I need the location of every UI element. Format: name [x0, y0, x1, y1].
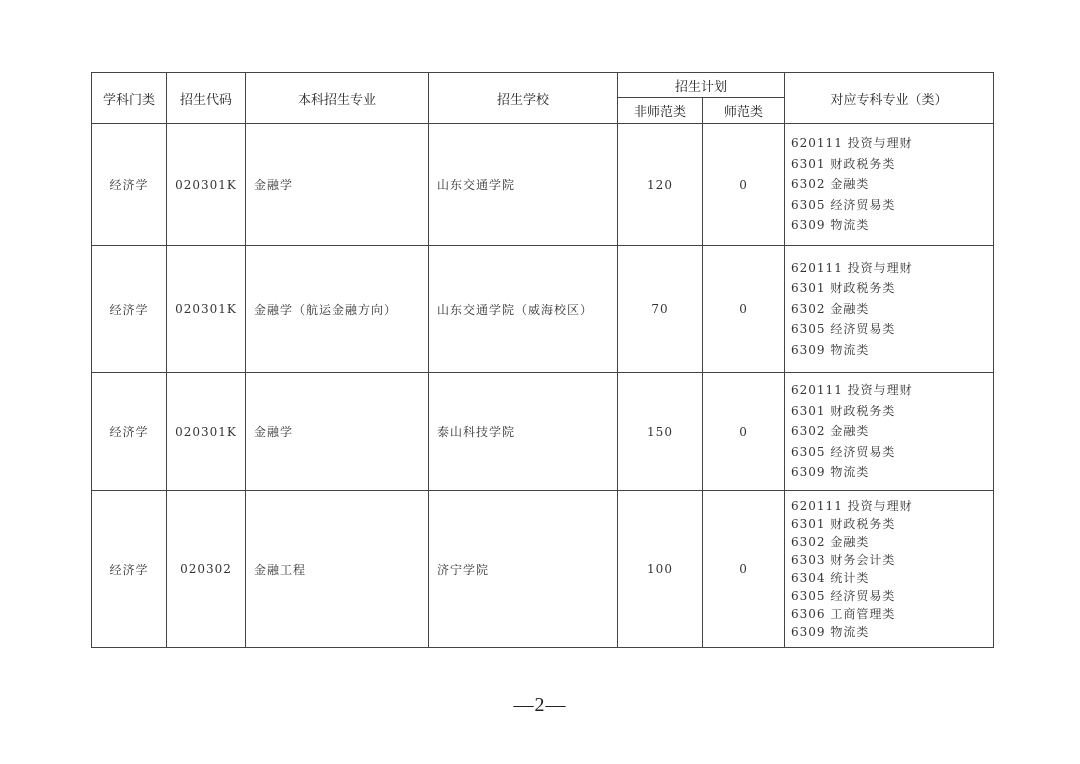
cell-code: 020302 [167, 491, 246, 648]
header-plan-teacher: 师范类 [703, 98, 785, 124]
cell-teacher: 0 [703, 373, 785, 491]
vocational-item: 6309 物流类 [791, 340, 993, 361]
cell-vocational: 620111 投资与理财 6301 财政税务类 6302 金融类 6305 经济… [785, 246, 994, 373]
cell-major: 金融学（航运金融方向） [246, 246, 429, 373]
cell-vocational: 620111 投资与理财 6301 财政税务类 6302 金融类 6305 经济… [785, 124, 994, 246]
cell-non-teacher: 100 [618, 491, 703, 648]
vocational-item: 6301 财政税务类 [791, 515, 993, 533]
header-row: 学科门类 招生代码 本科招生专业 招生学校 招生计划 对应专科专业（类） [92, 73, 994, 98]
table-row: 经济学 020301K 金融学（航运金融方向） 山东交通学院（威海校区） 70 … [92, 246, 994, 373]
cell-non-teacher: 120 [618, 124, 703, 246]
vocational-item: 6304 统计类 [791, 569, 993, 587]
enrollment-table: 学科门类 招生代码 本科招生专业 招生学校 招生计划 对应专科专业（类） 非师范… [91, 72, 994, 648]
cell-school: 泰山科技学院 [429, 373, 618, 491]
cell-school: 济宁学院 [429, 491, 618, 648]
vocational-item: 6302 金融类 [791, 299, 993, 320]
cell-teacher: 0 [703, 124, 785, 246]
vocational-item: 6305 经济贸易类 [791, 195, 993, 216]
document-page: 学科门类 招生代码 本科招生专业 招生学校 招生计划 对应专科专业（类） 非师范… [0, 0, 1080, 764]
vocational-item: 6305 经济贸易类 [791, 319, 993, 340]
vocational-item: 6302 金融类 [791, 533, 993, 551]
cell-major: 金融学 [246, 124, 429, 246]
cell-code: 020301K [167, 246, 246, 373]
vocational-item: 620111 投资与理财 [791, 258, 993, 279]
vocational-item: 6301 财政税务类 [791, 278, 993, 299]
vocational-item: 6305 经济贸易类 [791, 587, 993, 605]
vocational-item: 6303 财务会计类 [791, 551, 993, 569]
cell-non-teacher: 150 [618, 373, 703, 491]
header-vocational: 对应专科专业（类） [785, 73, 994, 124]
table-row: 经济学 020301K 金融学 泰山科技学院 150 0 620111 投资与理… [92, 373, 994, 491]
header-category: 学科门类 [92, 73, 167, 124]
vocational-item: 6301 财政税务类 [791, 154, 993, 175]
cell-category: 经济学 [92, 491, 167, 648]
cell-teacher: 0 [703, 246, 785, 373]
vocational-item: 6306 工商管理类 [791, 605, 993, 623]
header-school: 招生学校 [429, 73, 618, 124]
cell-category: 经济学 [92, 246, 167, 373]
page-number: —2— [0, 694, 1080, 717]
header-plan-non-teacher: 非师范类 [618, 98, 703, 124]
cell-category: 经济学 [92, 373, 167, 491]
cell-category: 经济学 [92, 124, 167, 246]
vocational-item: 620111 投资与理财 [791, 133, 993, 154]
vocational-item: 6301 财政税务类 [791, 401, 993, 422]
cell-school: 山东交通学院 [429, 124, 618, 246]
cell-major: 金融工程 [246, 491, 429, 648]
cell-vocational: 620111 投资与理财 6301 财政税务类 6302 金融类 6305 经济… [785, 373, 994, 491]
cell-vocational: 620111 投资与理财 6301 财政税务类 6302 金融类 6303 财务… [785, 491, 994, 648]
vocational-item: 6309 物流类 [791, 462, 993, 483]
header-plan: 招生计划 [618, 73, 785, 98]
vocational-item: 620111 投资与理财 [791, 497, 993, 515]
vocational-item: 6309 物流类 [791, 623, 993, 641]
cell-code: 020301K [167, 124, 246, 246]
cell-non-teacher: 70 [618, 246, 703, 373]
table-row: 经济学 020302 金融工程 济宁学院 100 0 620111 投资与理财 … [92, 491, 994, 648]
cell-teacher: 0 [703, 491, 785, 648]
cell-major: 金融学 [246, 373, 429, 491]
vocational-item: 6302 金融类 [791, 174, 993, 195]
header-major: 本科招生专业 [246, 73, 429, 124]
vocational-item: 6302 金融类 [791, 421, 993, 442]
vocational-item: 6309 物流类 [791, 215, 993, 236]
table-row: 经济学 020301K 金融学 山东交通学院 120 0 620111 投资与理… [92, 124, 994, 246]
vocational-item: 6305 经济贸易类 [791, 442, 993, 463]
header-code: 招生代码 [167, 73, 246, 124]
cell-code: 020301K [167, 373, 246, 491]
vocational-item: 620111 投资与理财 [791, 380, 993, 401]
cell-school: 山东交通学院（威海校区） [429, 246, 618, 373]
